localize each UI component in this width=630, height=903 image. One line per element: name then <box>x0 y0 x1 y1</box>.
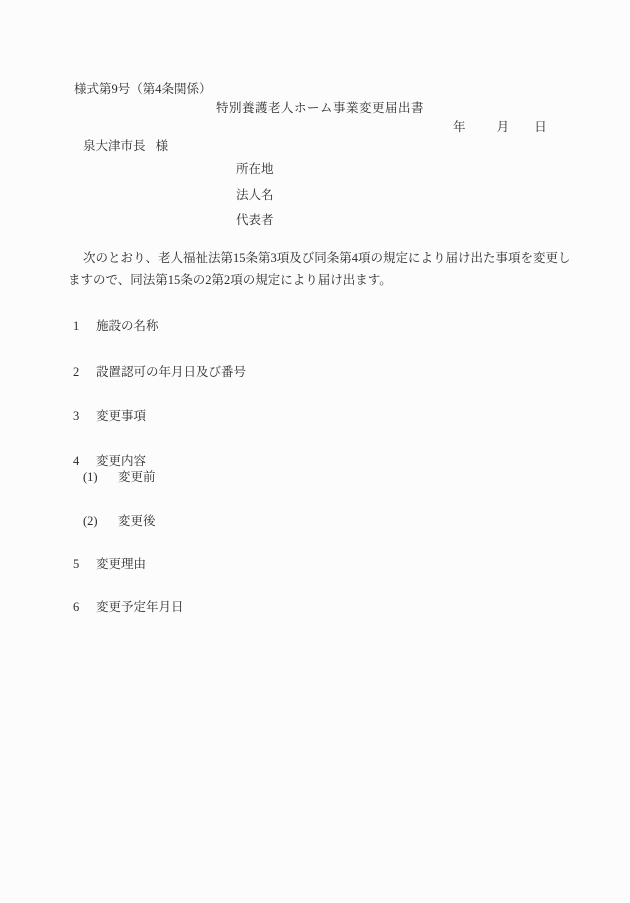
item-number: 4 <box>73 454 96 468</box>
date-month-label: 月 <box>497 120 510 134</box>
item-label: 変更理由 <box>96 557 146 571</box>
sender-corporation-label: 法人名 <box>236 188 274 202</box>
sub-item-label: 変更前 <box>118 470 156 484</box>
item-number: 5 <box>73 557 96 571</box>
form-document-page: 様式第9号（第4条関係） 特別養護老人ホーム事業変更届出書 年 月 日 泉大津市… <box>0 0 630 903</box>
sub-item-before-change: (1)変更前 <box>83 470 156 484</box>
date-year-label: 年 <box>453 120 466 134</box>
item-number: 1 <box>73 319 96 333</box>
item-label: 変更事項 <box>96 409 146 423</box>
addressee-honorific: 様 <box>156 139 169 153</box>
date-day-label: 日 <box>534 120 547 134</box>
list-item-facility-name: 1施設の名称 <box>73 319 159 333</box>
list-item-change-reason: 5変更理由 <box>73 557 146 571</box>
form-number: 様式第9号（第4条関係） <box>74 82 212 96</box>
list-item-change-scheduled-date: 6変更予定年月日 <box>73 600 184 614</box>
item-label: 変更予定年月日 <box>96 600 184 614</box>
item-label: 変更内容 <box>96 454 146 468</box>
addressee-line: 泉大津市長 様 <box>83 139 168 153</box>
sub-item-number: (1) <box>83 470 118 484</box>
sender-address-label: 所在地 <box>236 162 274 176</box>
body-paragraph-line1: 次のとおり、老人福祉法第15条第3項及び同条第4項の規定により届け出た事項を変更… <box>83 251 571 265</box>
list-item-approval-date-number: 2設置認可の年月日及び番号 <box>73 365 246 379</box>
item-label: 設置認可の年月日及び番号 <box>96 365 246 379</box>
item-number: 3 <box>73 409 96 423</box>
date-line: 年 月 日 <box>453 120 547 134</box>
sub-item-number: (2) <box>83 514 118 528</box>
sub-item-label: 変更後 <box>118 514 156 528</box>
document-title: 特別養護老人ホーム事業変更届出書 <box>0 101 630 115</box>
sender-representative-label: 代表者 <box>236 213 274 227</box>
body-paragraph-line2: ますので、同法第15条の2第2項の規定により届け出ます。 <box>68 273 392 287</box>
item-number: 6 <box>73 600 96 614</box>
item-number: 2 <box>73 365 96 379</box>
sub-item-after-change: (2)変更後 <box>83 514 156 528</box>
addressee-name: 泉大津市長 <box>83 139 146 153</box>
list-item-change-matters: 3変更事項 <box>73 409 146 423</box>
list-item-change-contents: 4変更内容 <box>73 454 146 468</box>
item-label: 施設の名称 <box>96 319 159 333</box>
